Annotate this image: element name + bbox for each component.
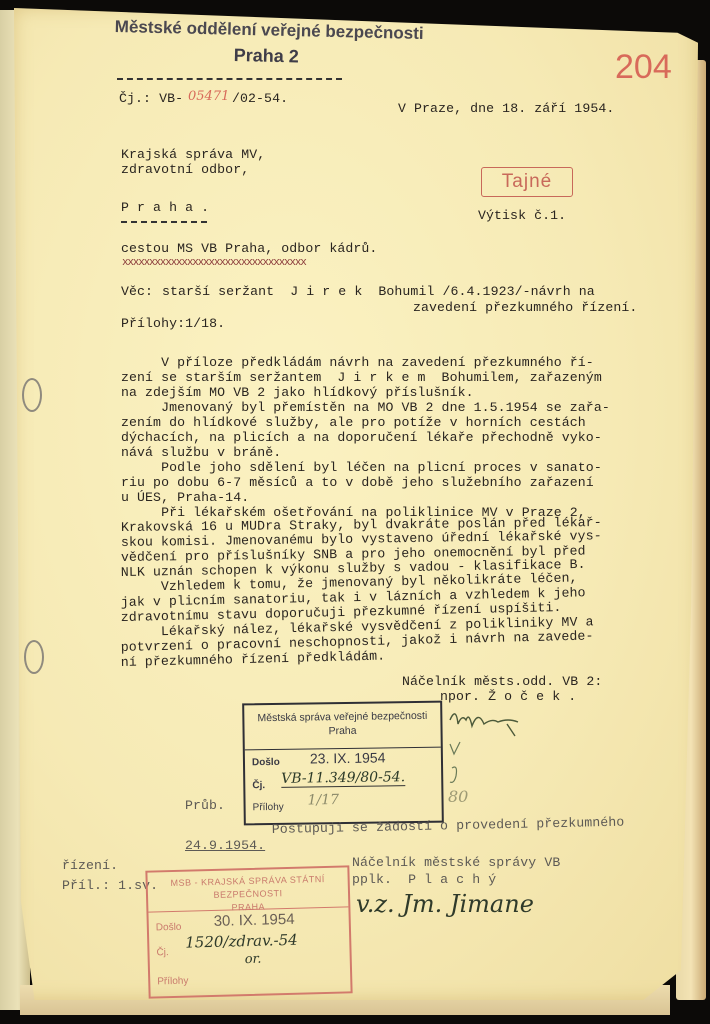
stamp1-cj-label: Čj. bbox=[252, 780, 265, 791]
attachments: Přílohy:1/18. bbox=[121, 316, 225, 331]
received-stamp-ksstb: MSB - KRAJSKÁ SPRÁVA STÁTNÍ BEZPEČNOSTI … bbox=[145, 865, 352, 998]
stamp1-header-line1: Městská správa veřejné bezpečnosti bbox=[244, 709, 440, 726]
stamp1-doslo-date: 23. IX. 1954 bbox=[310, 749, 386, 766]
stamp2-cj-sub: or. bbox=[245, 952, 262, 967]
body-line: nává službu v bráně. bbox=[121, 445, 281, 460]
forwarding-attachments: Příl.: 1.sv. bbox=[62, 878, 158, 893]
stamp2-doslo-label: Došlo bbox=[156, 922, 182, 934]
signature-title: Náčelník městs.odd. VB 2: bbox=[402, 674, 602, 689]
classification-stamp: Tajné bbox=[481, 167, 573, 197]
addressee-line1: Krajská správa MV, bbox=[121, 147, 265, 162]
reference-suffix: /02-54. bbox=[232, 91, 288, 106]
forwarding-line2: řízení. bbox=[62, 858, 118, 873]
subject-line1: starší seržant J i r e k Bohumil /6.4.19… bbox=[162, 284, 595, 299]
body-line: Podle joho sdělení byl léčen na plicní p… bbox=[121, 460, 602, 475]
body-line: V příloze předkládám návrh na zavedení p… bbox=[121, 355, 594, 370]
stamp2-doslo-date: 30. IX. 1954 bbox=[213, 911, 294, 930]
body-line: riu po dobu 6-7 měsíců a to v době jeho … bbox=[121, 475, 594, 490]
body-line: zení se starším seržantem J i r k e m Bo… bbox=[121, 370, 602, 385]
reference-handwritten-number: 05471 bbox=[188, 89, 229, 104]
prub-label: Průb. bbox=[185, 798, 225, 813]
binder-ring-icon bbox=[22, 378, 42, 412]
body-line: na zdejším MO VB 2 jako hlídkový přísluš… bbox=[121, 385, 474, 400]
forwarding-handwritten-signature: v.z. Jm. Jimane bbox=[356, 890, 534, 918]
document-page bbox=[14, 8, 698, 1000]
subject-line2: zavedení přezkumného řízení. bbox=[413, 300, 637, 315]
body-line: dýchacích, na plicích a na doporučení lé… bbox=[121, 430, 602, 445]
via-line: cestou MS VB Praha, odbor kádrů. bbox=[121, 241, 377, 256]
margin-number: 80 bbox=[448, 787, 468, 806]
subject-label: Věc: bbox=[121, 284, 153, 299]
page-number-handwritten: 204 bbox=[615, 48, 672, 87]
letterhead-divider bbox=[117, 78, 342, 80]
place-date: V Praze, dne 18. září 1954. bbox=[398, 101, 614, 116]
reference-prefix: Čj.: VB- bbox=[119, 91, 183, 106]
body-line: zením do hlídkové služby, ale pro potíže… bbox=[121, 415, 586, 430]
binder-ring-icon bbox=[24, 640, 44, 674]
stamp2-prilohy-label: Přílohy bbox=[157, 976, 188, 988]
addressee-city: P r a h a . bbox=[121, 200, 209, 215]
copy-number: Výtisk č.1. bbox=[478, 208, 566, 223]
city-underline bbox=[121, 221, 207, 223]
stamp2-cj-label: Čj. bbox=[156, 947, 169, 958]
addressee-line2: zdravotní odbor, bbox=[121, 162, 249, 177]
stamp2-cj-value: 1520/zdrav.-54 bbox=[185, 931, 298, 952]
stamp1-cj-value: VB-11.349/80-54. bbox=[281, 769, 405, 788]
body-line: Jmenovaný byl přemístěn na MO VB 2 dne 1… bbox=[121, 400, 610, 415]
body-line: u ÚES, Praha-14. bbox=[121, 490, 249, 505]
forwarding-sig-name: pplk. P l a c h ý bbox=[352, 872, 496, 887]
stamp1-doslo-label: Došlo bbox=[252, 757, 280, 768]
stamp1-prilohy-value: 1/17 bbox=[307, 792, 339, 808]
handwritten-signature-icon bbox=[445, 700, 545, 740]
strikethrough-line: xxxxxxxxxxxxxxxxxxxxxxxxxxxxxxxxxx bbox=[122, 257, 306, 269]
stamp1-header-line2: Praha bbox=[244, 723, 440, 740]
stamp1-prilohy-label: Přílohy bbox=[253, 802, 284, 813]
received-stamp-msvb: Městská správa veřejné bezpečnosti Praha… bbox=[242, 701, 444, 826]
letterhead-line2: Praha 2 bbox=[234, 45, 300, 67]
forwarding-date: 24.9.1954. bbox=[185, 838, 265, 853]
forwarding-sig-title: Náčelník městské správy VB bbox=[352, 855, 560, 870]
